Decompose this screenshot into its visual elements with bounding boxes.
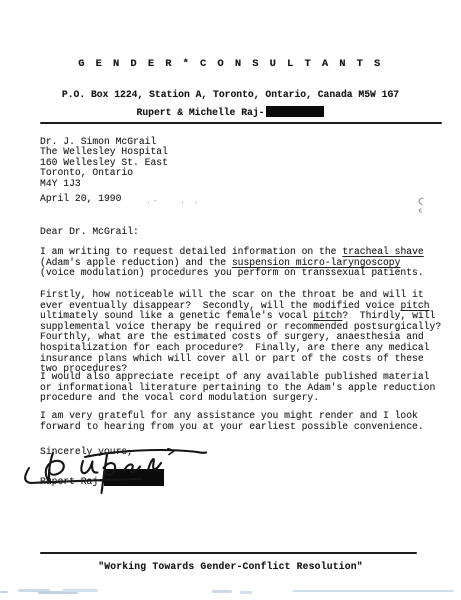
letterhead-principals: Rupert & Michelle Raj- xyxy=(137,107,265,118)
body-paragraph-3: I would also appreciate receipt of any a… xyxy=(40,372,435,404)
scan-smudge xyxy=(62,589,98,592)
scan-smudge xyxy=(212,590,232,593)
footer-motto: "Working Towards Gender-Conflict Resolut… xyxy=(0,561,461,572)
scan-smudge xyxy=(292,590,454,592)
text-line: (voice modulation) procedures you perfor… xyxy=(40,268,424,279)
letter-date: April 20, 1990 xyxy=(40,194,121,205)
scan-smudge xyxy=(0,591,8,593)
text-line: procedure and the vocal cord modulation … xyxy=(40,393,435,404)
text-line: M4Y 1J3 xyxy=(40,179,168,189)
letter-page: G E N D E R * C O N S U L T A N T S P.O.… xyxy=(0,0,461,600)
header-divider-rule xyxy=(40,122,442,124)
scan-smudge xyxy=(240,591,252,594)
handwritten-signature xyxy=(22,448,217,500)
text-line: forward to hearing from you at your earl… xyxy=(40,422,424,433)
body-paragraph-1: I am writing to request detailed informa… xyxy=(40,247,424,279)
body-paragraph-4: I am very grateful for any assistance yo… xyxy=(40,411,424,432)
letterhead-address: P.O. Box 1224, Station A, Toronto, Ontar… xyxy=(0,89,461,100)
salutation: Dear Dr. McGrail: xyxy=(40,227,139,238)
redaction-bar xyxy=(266,106,324,117)
letterhead-principals-row: Rupert & Michelle Raj- xyxy=(0,106,461,118)
scan-squiggle-mark xyxy=(414,196,428,216)
pencil-smudge: .- . . xyxy=(146,197,200,206)
footer-divider-rule xyxy=(40,552,417,554)
organization-name: G E N D E R * C O N S U L T A N T S xyxy=(0,58,461,70)
body-paragraph-2: Firstly, how noticeable will the scar on… xyxy=(40,290,441,375)
recipient-address-block: Dr. J. Simon McGrailThe Wellesley Hospit… xyxy=(40,137,168,189)
